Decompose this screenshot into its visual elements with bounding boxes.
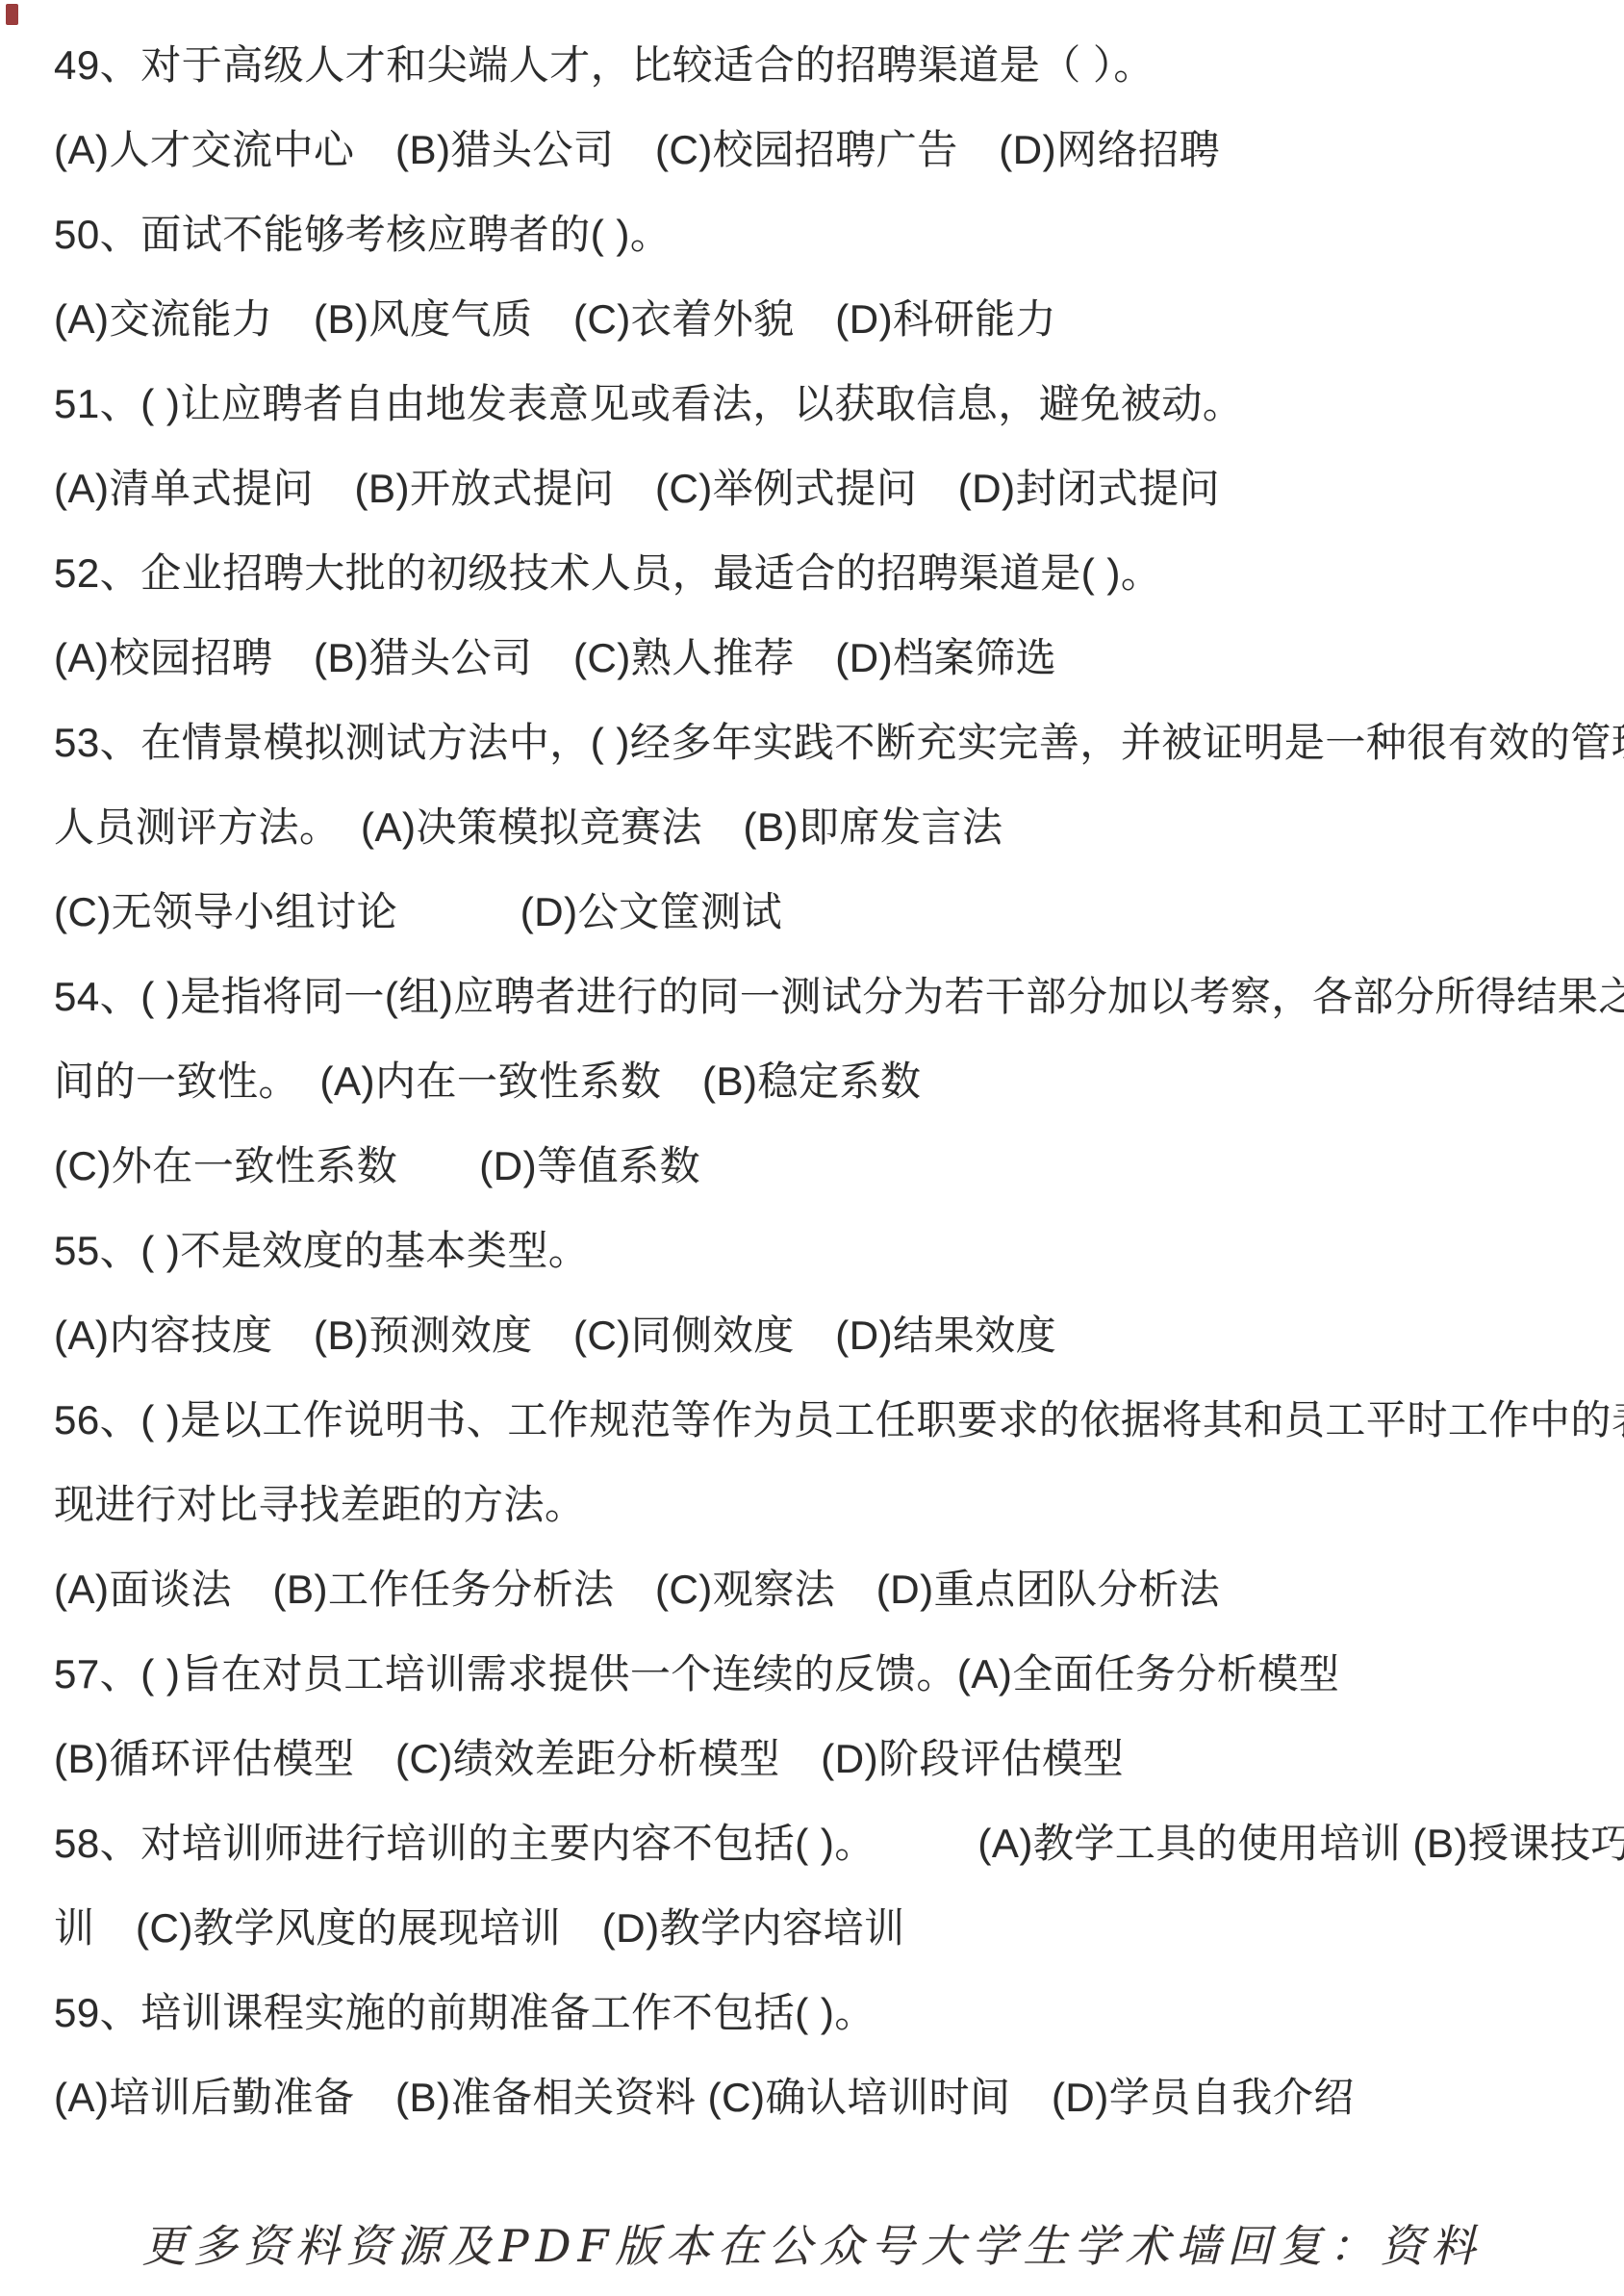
red-corner-mark [6, 4, 18, 25]
doc-line: (A)面谈法 (B)工作任务分析法 (C)观察法 (D)重点团队分析法 [54, 1547, 1595, 1632]
doc-line: 53、在情景模拟测试方法中，( )经多年实践不断充实完善，并被证明是一种很有效的… [54, 701, 1595, 785]
doc-line: (A)校园招聘 (B)猎头公司 (C)熟人推荐 (D)档案筛选 [54, 616, 1595, 701]
doc-line: 49、对于高级人才和尖端人才，比较适合的招聘渠道是（ ）。 [54, 23, 1595, 108]
doc-line: (A)清单式提问 (B)开放式提问 (C)举例式提问 (D)封闭式提问 [54, 446, 1595, 531]
doc-line: (A)内容技度 (B)预测效度 (C)同侧效度 (D)结果效度 [54, 1293, 1595, 1378]
doc-line: 52、企业招聘大批的初级技术人员，最适合的招聘渠道是( )。 [54, 531, 1595, 616]
doc-line: 间的一致性。 (A)内在一致性系数 (B)稳定系数 [54, 1039, 1595, 1124]
document-page: 49、对于高级人才和尖端人才，比较适合的招聘渠道是（ ）。 (A)人才交流中心 … [0, 0, 1624, 2296]
doc-line: 58、对培训师进行培训的主要内容不包括( )。 (A)教学工具的使用培训 (B)… [54, 1801, 1595, 1886]
doc-line: (C)外在一致性系数 (D)等值系数 [54, 1124, 1595, 1209]
doc-line: (A)培训后勤准备 (B)准备相关资料 (C)确认培训时间 (D)学员自我介绍 [54, 2055, 1595, 2140]
doc-line: 现进行对比寻找差距的方法。 [54, 1463, 1595, 1547]
doc-line: (A)交流能力 (B)风度气质 (C)衣着外貌 (D)科研能力 [54, 277, 1595, 362]
doc-line: 55、( )不是效度的基本类型。 [54, 1209, 1595, 1293]
doc-line: (C)无领导小组讨论 (D)公文筐测试 [54, 870, 1595, 955]
doc-line: (B)循环评估模型 (C)绩效差距分析模型 (D)阶段评估模型 [54, 1717, 1595, 1801]
doc-line: 56、( )是以工作说明书、工作规范等作为员工任职要求的依据将其和员工平时工作中… [54, 1378, 1595, 1463]
doc-line: 59、培训课程实施的前期准备工作不包括( )。 [54, 1971, 1595, 2055]
doc-line: 51、( )让应聘者自由地发表意见或看法，以获取信息，避免被动。 [54, 362, 1595, 446]
doc-line: 训 (C)教学风度的展现培训 (D)教学内容培训 [54, 1886, 1595, 1971]
footer-note: 更多资料资源及PDF版本在公众号大学生学术墙回复：资料 [0, 2211, 1624, 2275]
doc-line: 人员测评方法。 (A)决策模拟竞赛法 (B)即席发言法 [54, 785, 1595, 870]
doc-line: 57、( )旨在对员工培训需求提供一个连续的反馈。(A)全面任务分析模型 [54, 1632, 1595, 1717]
document-body: 49、对于高级人才和尖端人才，比较适合的招聘渠道是（ ）。 (A)人才交流中心 … [54, 23, 1595, 2140]
doc-line: (A)人才交流中心 (B)猎头公司 (C)校园招聘广告 (D)网络招聘 [54, 108, 1595, 192]
doc-line: 54、( )是指将同一(组)应聘者进行的同一测试分为若干部分加以考察，各部分所得… [54, 955, 1595, 1039]
doc-line: 50、面试不能够考核应聘者的( )。 [54, 192, 1595, 277]
